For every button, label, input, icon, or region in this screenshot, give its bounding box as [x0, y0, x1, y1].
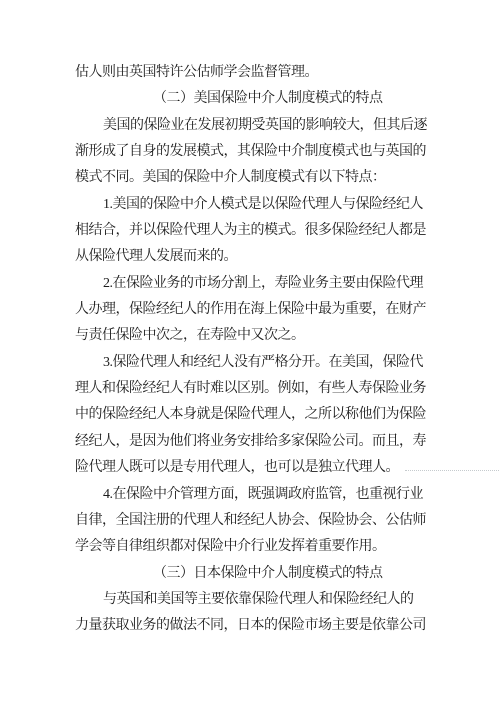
text-line: 自律，全国注册的代理人和经纪人协会、保险协会、公估师: [75, 508, 435, 534]
line-text: 理人和保险经纪人有时难以区别。例如，有些人寿保险业务: [75, 381, 426, 396]
line-text: 估人则由英国特许公估师学会监督管理。: [75, 65, 318, 80]
line-text: 与责任保险中次之，在寿险中又次之。: [75, 328, 305, 343]
line-text: （二）美国保险中介人制度模式的特点: [153, 91, 383, 106]
line-text: 模式不同。美国的保险中介人制度模式有以下特点：: [75, 170, 386, 185]
text-line: 渐形成了自身的发展模式，其保险中介制度模式也与英国的: [75, 139, 435, 165]
line-text: 自律，全国注册的代理人和经纪人协会、保险协会、公估师: [75, 513, 426, 528]
line-text: 学会等自律组织都对保险中介行业发挥着重要作用。: [75, 539, 386, 554]
text-line: 相结合，并以保险代理人为主的模式。很多保险经纪人都是: [75, 218, 435, 244]
line-text: 经纪人，是因为他们将业务安排给多家保险公司。而且，寿: [75, 434, 426, 449]
line-text: 3.保险代理人和经纪人没有严格分开。在美国，保险代: [103, 355, 423, 370]
line-text: 中的保险经纪人本身就是保险代理人，之所以称他们为保险: [75, 407, 426, 422]
text-line: 4.在保险中介管理方面，既强调政府监管，也重视行业: [75, 482, 435, 508]
section-heading: （二）美国保险中介人制度模式的特点: [75, 86, 435, 112]
text-line: 理人和保险经纪人有时难以区别。例如，有些人寿保险业务: [75, 376, 435, 402]
text-line: 险代理人既可以是专用代理人，也可以是独立代理人。: [75, 455, 435, 481]
line-text: 渐形成了自身的发展模式，其保险中介制度模式也与英国的: [75, 144, 426, 159]
line-text: 美国的保险业在发展初期受英国的影响较大，但其后逐: [103, 118, 427, 133]
line-text: 力量获取业务的做法不同，日本的保险市场主要是依靠公司: [75, 618, 426, 633]
text-line: 模式不同。美国的保险中介人制度模式有以下特点：: [75, 165, 435, 191]
section-heading: （三）日本保险中介人制度模式的特点: [75, 561, 435, 587]
line-text: 从保险代理人发展而来的。: [75, 249, 237, 264]
line-text: 相结合，并以保险代理人为主的模式。很多保险经纪人都是: [75, 223, 426, 238]
text-line: 3.保险代理人和经纪人没有严格分开。在美国，保险代: [75, 350, 435, 376]
line-text: 险代理人既可以是专用代理人，也可以是独立代理人。: [75, 460, 399, 475]
text-lines: 估人则由英国特许公估师学会监督管理。（二）美国保险中介人制度模式的特点美国的保险…: [75, 60, 435, 640]
text-line: 估人则由英国特许公估师学会监督管理。: [75, 60, 435, 86]
text-line: 与责任保险中次之，在寿险中又次之。: [75, 323, 435, 349]
line-text: 1.美国的保险中介人模式是以保险代理人与保险经纪人: [103, 197, 423, 212]
line-text: （三）日本保险中介人制度模式的特点: [153, 566, 383, 581]
document-page: 估人则由英国特许公估师学会监督管理。（二）美国保险中介人制度模式的特点美国的保险…: [0, 0, 500, 708]
text-line: 经纪人，是因为他们将业务安排给多家保险公司。而且，寿: [75, 429, 435, 455]
line-text: 4.在保险中介管理方面，既强调政府监管，也重视行业: [103, 487, 423, 502]
text-line: 学会等自律组织都对保险中介行业发挥着重要作用。: [75, 534, 435, 560]
text-line: 1.美国的保险中介人模式是以保险代理人与保险经纪人: [75, 192, 435, 218]
text-line: 力量获取业务的做法不同，日本的保险市场主要是依靠公司: [75, 613, 435, 639]
faint-dotted-trail: [405, 465, 500, 471]
text-line: 中的保险经纪人本身就是保险代理人，之所以称他们为保险: [75, 402, 435, 428]
line-text: 人办理，保险经纪人的作用在海上保险中最为重要，在财产: [75, 302, 426, 317]
line-text: 2.在保险业务的市场分割上，寿险业务主要由保险代理: [103, 276, 423, 291]
text-line: 从保险代理人发展而来的。: [75, 244, 435, 270]
text-line: 与英国和美国等主要依靠保险代理人和保险经纪人的: [75, 587, 435, 613]
text-line: 2.在保险业务的市场分割上，寿险业务主要由保险代理: [75, 271, 435, 297]
text-line: 美国的保险业在发展初期受英国的影响较大，但其后逐: [75, 113, 435, 139]
line-text: 与英国和美国等主要依靠保险代理人和保险经纪人的: [103, 592, 414, 607]
text-line: 人办理，保险经纪人的作用在海上保险中最为重要，在财产: [75, 297, 435, 323]
